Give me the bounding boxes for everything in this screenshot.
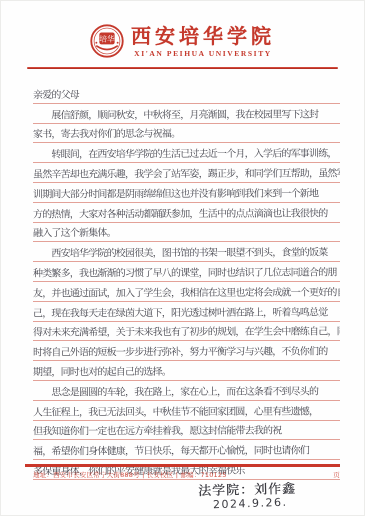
- letter-line: 人生征程上，我已无法回头，中秋佳节不能回家团圆，心里有些遗憾，: [33, 401, 340, 421]
- letter-line: 友，并也通过面试，加入了学生会，我相信在这里也定将会成就一个更好的自: [33, 282, 340, 302]
- letter-line: 福，希望你们身体健康，节日快乐，每天都开心愉悦，同时也请你们: [33, 440, 340, 460]
- letter-body: 亲爱的父母 展信舒颜，顺问秋安，中秋将至，月亮渐圆，我在校园里写下这封 家书，寄…: [33, 84, 340, 480]
- handwritten-text: 家书，寄去我对你们的思念与祝福。: [33, 128, 180, 143]
- letter-line: 思念是圆圆的车轮，我在路上，家在心上，而在这条看不到尽头的: [33, 381, 340, 401]
- letter-line: 训期间大部分时间都是阴雨绵绵但这也并没有影响到我们来到一个新地: [33, 183, 340, 203]
- footer-page-marker: 页: [333, 470, 340, 479]
- letter-page: 培华 西安培华学院 XI'AN PEIHUA UNIVERSITY 亲爱的父母 …: [0, 0, 365, 516]
- letter-line: 种类繁多，我也渐渐的习惯了早八的课堂，同时也结识了几位志同道合的朋: [33, 262, 340, 282]
- handwritten-text: 但我知道你们一定也在远方牵挂着我，愿这封信能带去我的祝: [33, 425, 281, 440]
- header-rule: [27, 67, 338, 69]
- signature-date: 2024.9.26.: [213, 496, 288, 512]
- handwritten-text: 思念是圆圆的车轮，我在路上，家在心上，而在这条看不到尽头的: [33, 385, 318, 400]
- letter-line: 转眼间，在西安培华学院的生活已过去近一个月，入学后的军事训练，: [33, 143, 340, 163]
- letterhead: 培华 西安培华学院 XI'AN PEIHUA UNIVERSITY: [0, 24, 365, 58]
- letter-line: 家书，寄去我对你们的思念与祝福。: [33, 124, 340, 144]
- footer-address: 地址：西安市长安区常宁大街888号 | 长安校区 | 邮编：710125: [33, 470, 227, 479]
- peihua-university-seal-icon: 培华: [90, 24, 124, 58]
- letter-line: 得对未来充满希望，关于未来我也有了初步的规划，在学生会中磨练自己，同: [33, 322, 340, 342]
- handwritten-text: 己，现在我每天走在绿茵大道下，阳光透过树叶洒在路上，听着鸟鸣总觉: [33, 306, 327, 321]
- footer-rule: [25, 464, 340, 467]
- letter-line: 展信舒颜，顺问秋安，中秋将至，月亮渐圆，我在校园里写下这封: [33, 104, 340, 124]
- letter-line: 己，现在我每天走在绿茵大道下，阳光透过树叶洒在路上，听着鸟鸣总觉: [33, 302, 340, 322]
- handwritten-text: 方的热情，大家对各种活动都踊跃参加，生活中的点点滴滴也让我很快的: [33, 207, 327, 222]
- university-name-zh: 西安培华学院: [131, 25, 275, 47]
- university-name-en: XI'AN PEIHUA UNIVERSITY: [134, 49, 272, 58]
- handwritten-text: 虽然辛苦却也充满乐趣，我学会了站军姿，踢正步，和同学们互帮助，虽然军: [33, 167, 340, 182]
- letter-line: 方的热情，大家对各种活动都踊跃参加，生活中的点点滴滴也让我很快的: [33, 203, 340, 223]
- letter-line: 虽然辛苦却也充满乐趣，我学会了站军姿，踢正步，和同学们互帮助，虽然军: [33, 163, 340, 183]
- handwritten-text: 人生征程上，我已无法回头，中秋佳节不能回家团圆，心里有些遗憾，: [33, 405, 318, 420]
- handwritten-text: 训期间大部分时间都是阴雨绵绵但这也并没有影响到我们来到一个新地: [33, 187, 318, 202]
- handwritten-text: 福，希望你们身体健康，节日快乐，每天都开心愉悦，同时也请你们: [33, 445, 309, 460]
- handwritten-text: 期望，同时也对的起自己的选择。: [33, 366, 171, 380]
- handwritten-text: 融入了这个新集体。: [33, 227, 116, 241]
- letter-line: 但我知道你们一定也在远方牵挂着我，愿这封信能带去我的祝: [33, 421, 340, 441]
- handwritten-text: 得对未来充满希望，关于未来我也有了初步的规划，在学生会中磨练自己，同: [33, 326, 340, 341]
- svg-text:培华: 培华: [99, 33, 115, 43]
- handwritten-text: 展信舒颜，顺问秋安，中秋将至，月亮渐圆，我在校园里写下这封: [33, 108, 318, 123]
- handwritten-text: 西安培华学院的校园很美，图书馆的书架一眼望不到头，食堂的饭菜: [33, 247, 327, 262]
- handwritten-text: 种类繁多，我也渐渐的习惯了早八的课堂，同时也结识了几位志同道合的朋: [33, 266, 337, 281]
- letter-line: 亲爱的父母: [33, 84, 340, 104]
- letter-line: 期望，同时也对的起自己的选择。: [33, 361, 340, 381]
- letterhead-titles: 西安培华学院 XI'AN PEIHUA UNIVERSITY: [131, 25, 275, 58]
- handwritten-text: 转眼间，在西安培华学院的生活已过去近一个月，入学后的军事训练，: [33, 148, 337, 163]
- letter-line: 西安培华学院的校园很美，图书馆的书架一眼望不到头，食堂的饭菜: [33, 242, 340, 262]
- letter-line: 时将自己外语的短板一步步进行弥补，努力平衡学习与兴趣，不负你们的: [33, 341, 340, 361]
- letter-line: 融入了这个新集体。: [33, 223, 340, 243]
- handwritten-text: 友，并也通过面试，加入了学生会，我相信在这里也定将会成就一个更好的自: [33, 286, 340, 301]
- handwritten-text: 亲爱的父母: [33, 89, 79, 103]
- handwritten-text: 时将自己外语的短板一步步进行弥补，努力平衡学习与兴趣，不负你们的: [33, 346, 327, 361]
